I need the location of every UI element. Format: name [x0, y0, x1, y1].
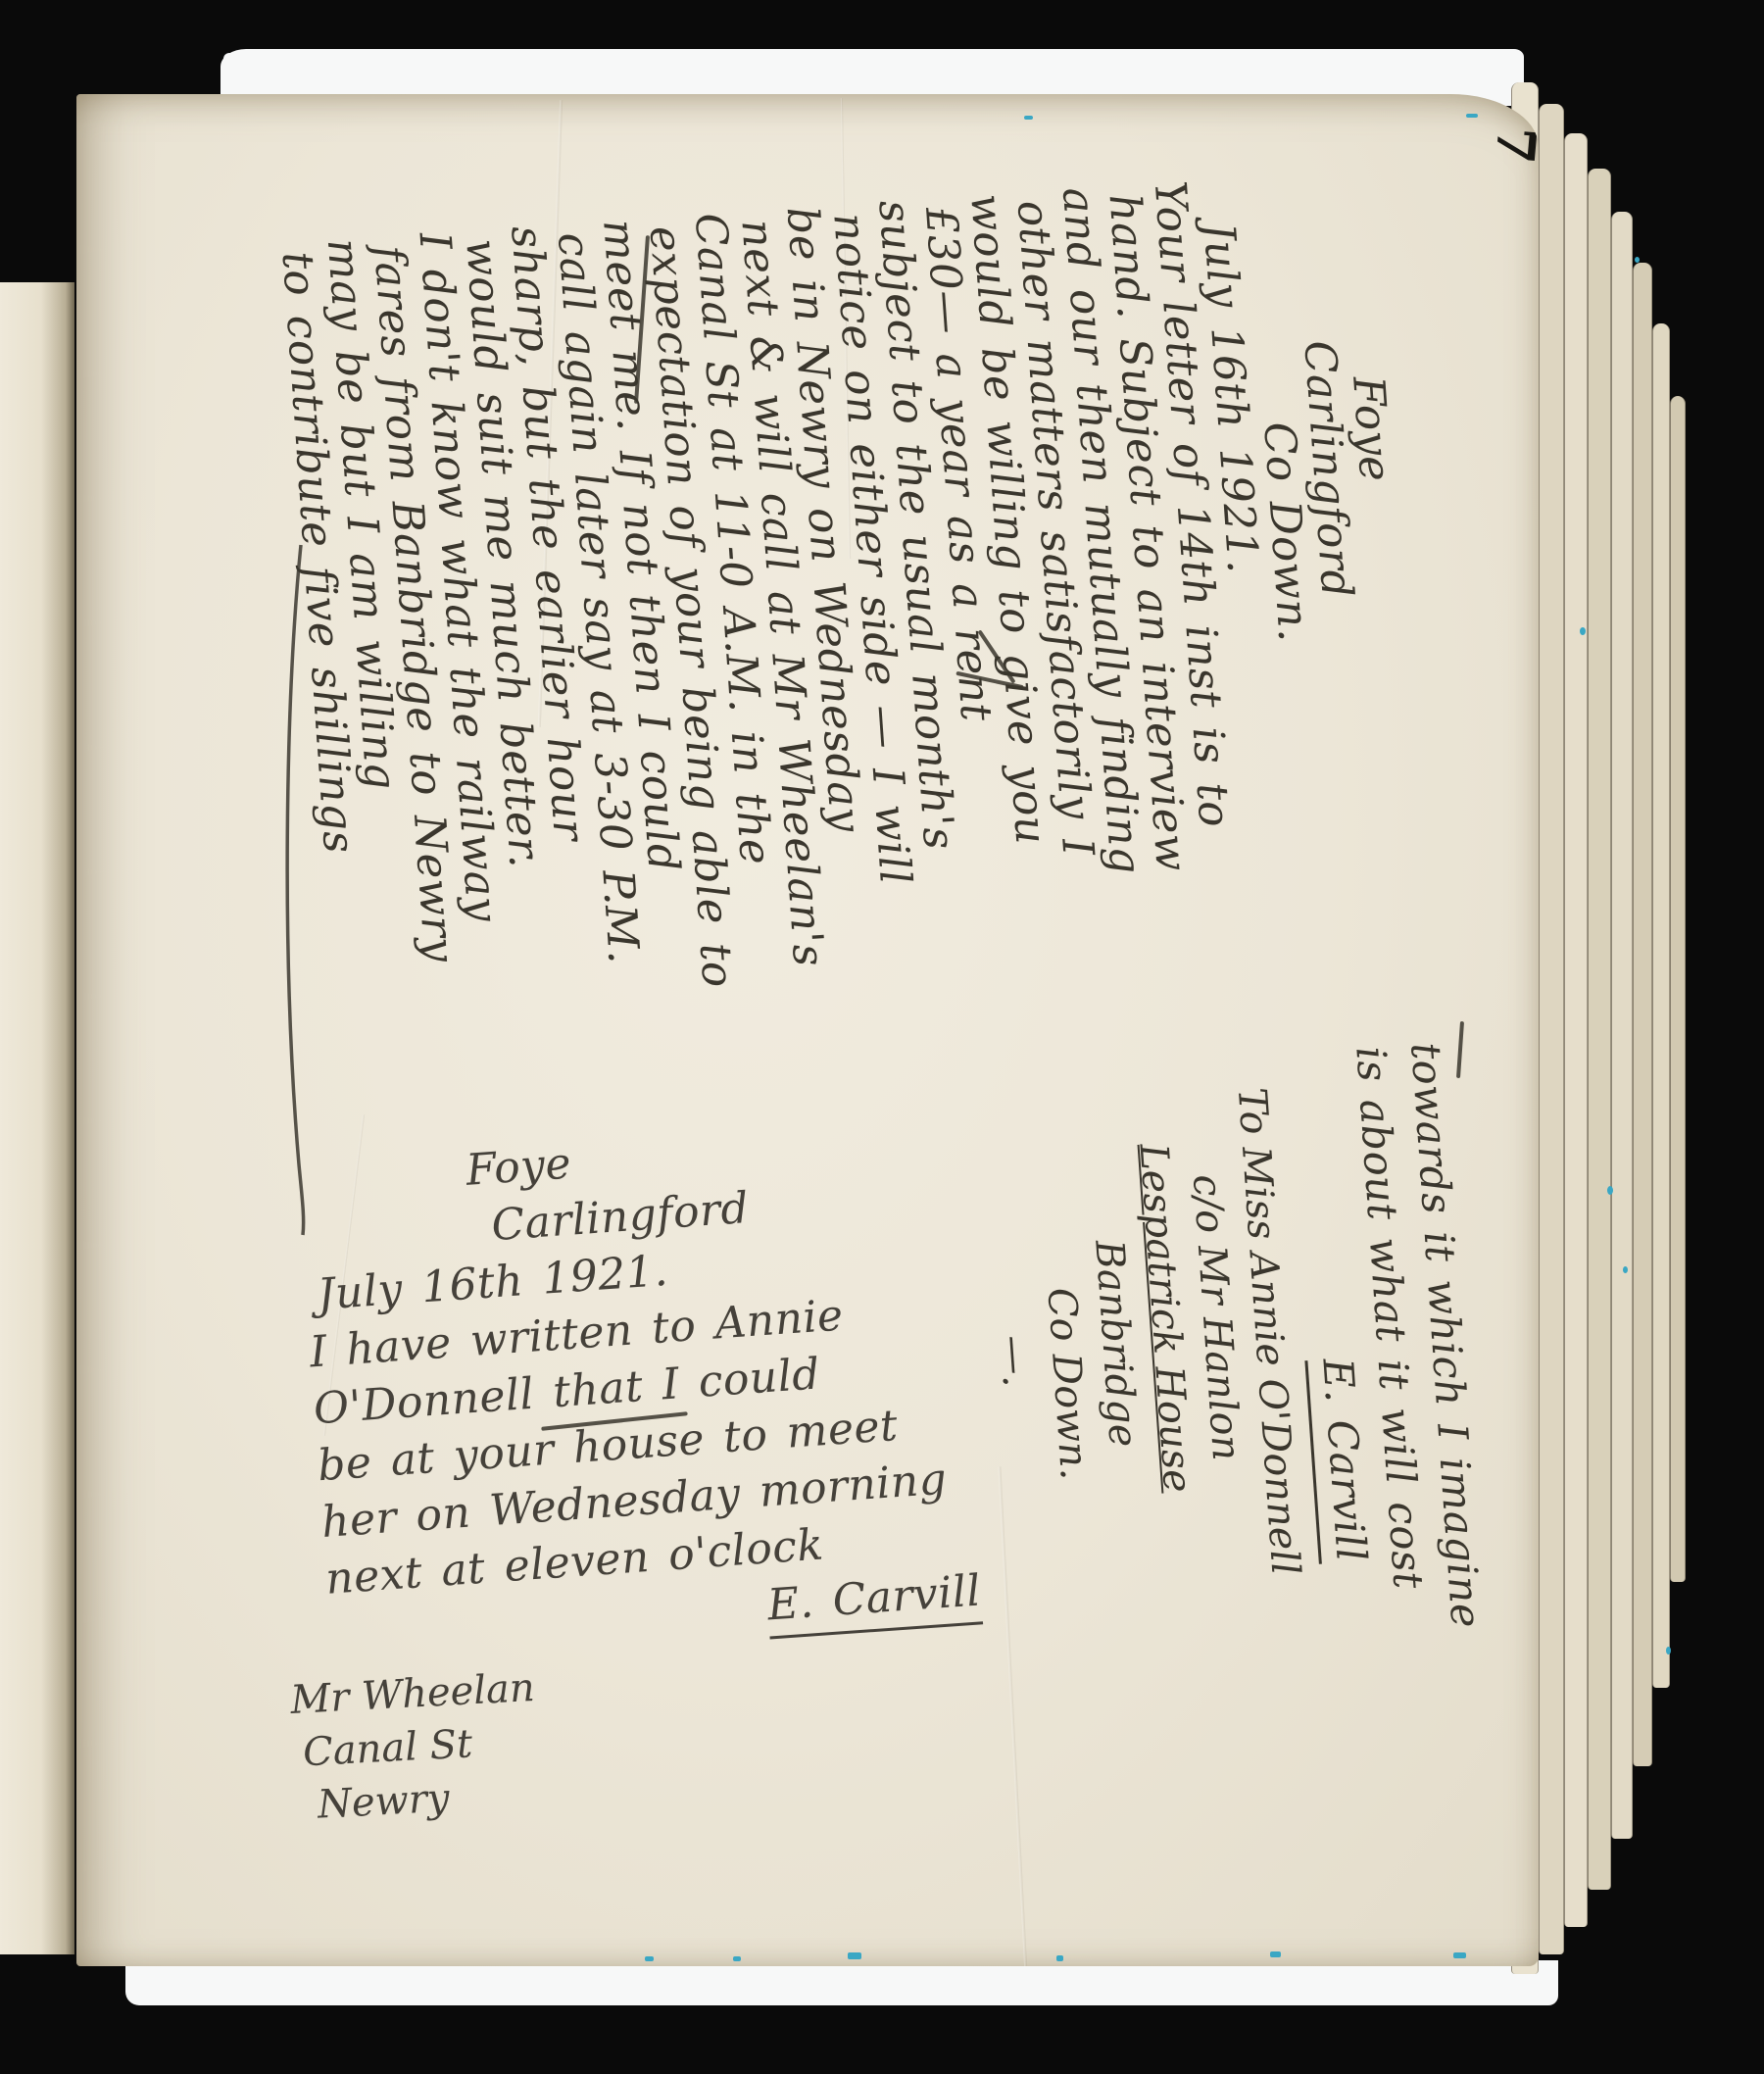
blue-ink-speck [1666, 1647, 1671, 1654]
blue-ink-speck [1056, 1955, 1063, 1961]
blue-ink-speck [1580, 627, 1586, 635]
page-number: 7 [1483, 123, 1539, 166]
dash-mark [1456, 1021, 1464, 1078]
page-edge-strip [1564, 133, 1588, 1927]
blue-ink-speck [1024, 116, 1033, 120]
page-edge-strip [1611, 212, 1633, 1839]
page-edge-strip [1652, 323, 1670, 1688]
page-edge-strip [1539, 104, 1564, 1954]
blue-ink-speck [1635, 257, 1640, 263]
blue-ink-speck [1607, 1186, 1613, 1195]
blue-ink-speck [645, 1956, 654, 1961]
right-page-stack [1511, 76, 1764, 1978]
notebook-page: 7 FoyeCarlingfordCo Down. July 16th 1921… [76, 94, 1539, 1966]
blue-ink-speck [1466, 114, 1478, 118]
recipient-address-lines: To Miss Annie O'Donnellc/o Mr HanlonLesp… [971, 1076, 1321, 1743]
blue-ink-speck [848, 1952, 861, 1959]
left-page-edge [0, 282, 74, 1954]
blue-ink-speck [1623, 1266, 1628, 1273]
page-edge-strip [1588, 169, 1611, 1890]
blue-ink-speck [1270, 1951, 1281, 1957]
backing-sheet-bottom [125, 1960, 1558, 2005]
second-letter: FoyeCarlingford July 16th 1921. I have w… [296, 1107, 1016, 1670]
blue-ink-speck [1453, 1952, 1466, 1958]
pen-flourish [279, 537, 328, 1243]
recipient-address: To Miss Annie O'Donnellc/o Mr HanlonLesp… [971, 1076, 1321, 1743]
wheelan-address-lines: Mr WheelanCanal StNewry [289, 1653, 709, 1833]
page-edge-strip [1633, 263, 1652, 1766]
page-edge-strip [1670, 396, 1686, 1582]
letter-body: I have written to AnnieO'Donnell that I … [308, 1277, 1012, 1608]
main-letter: FoyeCarlingfordCo Down. July 16th 1921. … [273, 165, 1439, 1141]
blue-ink-speck [733, 1956, 741, 1961]
wheelan-address: Mr WheelanCanal StNewry [289, 1653, 709, 1833]
letter-body: Your letter of 14th inst is tohand. Subj… [273, 177, 1255, 1141]
letter-continuation: towards it which I imagineis about what … [1283, 1041, 1493, 1640]
